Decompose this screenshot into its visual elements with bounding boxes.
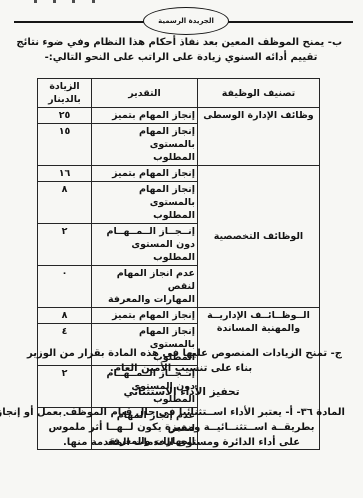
clause-j-paragraph: ج- تمنح الزيادات المنصوص عليها في هذه ال… <box>20 346 342 376</box>
header-cell-rating: التقدير <box>92 79 198 108</box>
gazette-page: الجريدة الرسمية ب- يمنح الموظف المعين بع… <box>0 0 363 498</box>
cut-off-digit-mark <box>53 0 56 3</box>
rating-cell: إنجاز المهام بالمستوى المطلوب <box>92 124 198 166</box>
article-36-paragraph: المادة ٣٦- أ- يعتبر الأداء اســتثنائيا ف… <box>18 405 345 450</box>
rating-cell: إنجاز المهام بالمستوى المطلوب <box>92 182 198 224</box>
rating-cell: عدم انجاز المهام لنقص المهارات والمعرفة <box>92 266 198 308</box>
clause-b-line-1: ب- يمنح الموظف المعين بعد نفاذ أحكام هذا… <box>20 35 342 50</box>
article-36-line-1: المادة ٣٦- أ- يعتبر الأداء اســتثنائيا ف… <box>18 405 345 420</box>
article-36-line-2: بطريقــة اســتثنــائيــة ومميزة يكون لــ… <box>18 420 345 435</box>
header-cell-increase: الزيادة بالدينار <box>38 79 92 108</box>
increase-cell: ٨ <box>38 308 92 324</box>
gazette-title: الجريدة الرسمية <box>158 17 214 25</box>
table-row: الــوظــائــف الإداريــة والمهنية المسان… <box>38 308 320 324</box>
rating-cell: إنجاز المهام بتميز <box>92 308 198 324</box>
rating-cell: إنجاز المهام بتميز <box>92 166 198 182</box>
table-header-row: تصنيف الوظيفة التقدير الزيادة بالدينار <box>38 79 320 108</box>
section-heading: تحفيز الأداء الاستثنائي <box>0 386 363 398</box>
table-row: الوظائف التخصصية إنجاز المهام بتميز ١٦ <box>38 166 320 182</box>
rating-cell: إنجاز المهام بتميز <box>92 108 198 124</box>
table-row: وظائف الإدارة الوسطى إنجاز المهام بتميز … <box>38 108 320 124</box>
increase-cell: ٢ <box>38 224 92 266</box>
clause-b-line-2: تقييم أدائه السنوي زيادة على الراتب على … <box>20 50 342 65</box>
gazette-oval: الجريدة الرسمية <box>143 7 229 35</box>
cut-off-digit-mark <box>34 0 37 3</box>
header-cell-classification: تصنيف الوظيفة <box>198 79 320 108</box>
clause-b-paragraph: ب- يمنح الموظف المعين بعد نفاذ أحكام هذا… <box>20 35 342 65</box>
increase-cell: ٠ <box>38 266 92 308</box>
clause-j-line-2: بناء على تنسيب الأمين العام. <box>20 361 342 376</box>
increase-cell: ٨ <box>38 182 92 224</box>
job-group-cell: الوظائف التخصصية <box>198 166 320 308</box>
job-group-cell: وظائف الإدارة الوسطى <box>198 108 320 166</box>
cut-off-digit-mark <box>92 0 95 3</box>
article-36-line-3: على أداء الدائرة ومستوى الخدمات المقدمة … <box>18 435 345 450</box>
rating-cell: إنــجــاز الــمــهــام دون المستوى المطل… <box>92 224 198 266</box>
increase-cell: ١٦ <box>38 166 92 182</box>
increase-cell: ١٥ <box>38 124 92 166</box>
cut-off-digit-mark <box>72 0 75 3</box>
clause-j-line-1: ج- تمنح الزيادات المنصوص عليها في هذه ال… <box>20 346 342 361</box>
increase-cell: ٢٥ <box>38 108 92 124</box>
